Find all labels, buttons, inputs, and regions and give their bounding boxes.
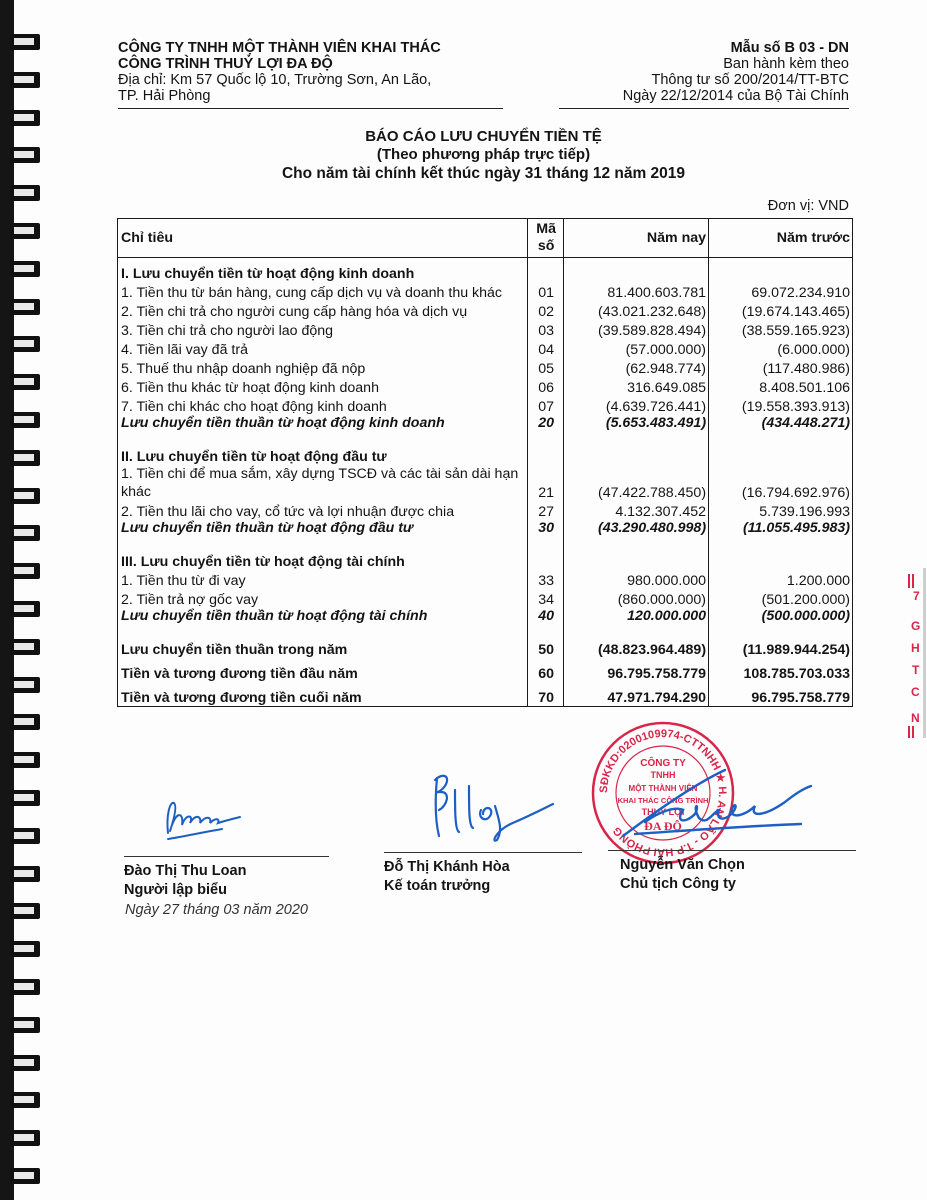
row-current-year: (47.422.788.450) — [564, 465, 709, 501]
chairman-name: Nguyễn Văn Chọn — [620, 856, 745, 875]
row-previous-year: 1.200.000 — [709, 570, 853, 589]
table-row: II. Lưu chuyển tiền từ hoạt động đầu tư — [118, 441, 853, 465]
row-previous-year: (501.200.000) — [709, 589, 853, 608]
row-current-year — [564, 258, 709, 283]
row-current-year: (43.021.232.648) — [564, 301, 709, 320]
row-code: 70 — [528, 682, 564, 707]
table-row: 7. Tiền chi khác cho hoạt động kinh doan… — [118, 396, 853, 415]
spiral-ring — [10, 34, 40, 50]
report-period: Cho năm tài chính kết thúc ngày 31 tháng… — [40, 164, 927, 184]
spiral-ring — [10, 866, 40, 882]
table-row: 6. Tiền thu khác từ hoạt động kinh doanh… — [118, 377, 853, 396]
spiral-ring — [10, 714, 40, 730]
svg-text:T: T — [912, 663, 920, 677]
row-previous-year — [709, 546, 853, 570]
table-row: 1. Tiền thu từ đi vay33980.000.0001.200.… — [118, 570, 853, 589]
svg-text:G: G — [911, 619, 920, 633]
table-row: 2. Tiền thu lãi cho vay, cổ tức và lợi n… — [118, 501, 853, 520]
row-current-year: 4.132.307.452 — [564, 501, 709, 520]
row-previous-year: (500.000.000) — [709, 608, 853, 624]
row-previous-year — [709, 441, 853, 465]
form-ref-underline — [559, 108, 849, 109]
row-label: 1. Tiền thu từ đi vay — [118, 570, 528, 589]
spiral-ring — [10, 525, 40, 541]
spiral-ring — [10, 374, 40, 390]
issued-with: Ban hành kèm theo — [623, 56, 849, 72]
signature-preparer — [160, 795, 260, 845]
col-header-indicator: Chỉ tiêu — [118, 219, 528, 258]
signatory-chief-accountant: Đỗ Thị Khánh Hòa Kế toán trưởng — [384, 858, 510, 896]
row-code: 02 — [528, 301, 564, 320]
row-code: 03 — [528, 320, 564, 339]
row-spacer — [118, 624, 853, 634]
row-current-year: (4.639.726.441) — [564, 396, 709, 415]
company-name-line2: CÔNG TRÌNH THUỶ LỢI ĐA ĐỘ — [118, 56, 441, 72]
row-previous-year: 96.795.758.779 — [709, 682, 853, 707]
signature-line — [124, 856, 329, 857]
spiral-ring — [10, 941, 40, 957]
table-row: 2. Tiền trả nợ gốc vay34(860.000.000)(50… — [118, 589, 853, 608]
row-previous-year: (19.674.143.465) — [709, 301, 853, 320]
svg-text:N: N — [911, 711, 920, 725]
table-row: 5. Thuế thu nhập doanh nghiệp đã nộp05(6… — [118, 358, 853, 377]
spiral-ring — [10, 72, 40, 88]
spiral-ring — [10, 1055, 40, 1071]
row-label: 2. Tiền trả nợ gốc vay — [118, 589, 528, 608]
table-row: Tiền và tương đương tiền đầu năm6096.795… — [118, 658, 853, 682]
chief-accountant-name: Đỗ Thị Khánh Hòa — [384, 858, 510, 877]
row-current-year: (39.589.828.494) — [564, 320, 709, 339]
signature-chief-accountant — [425, 770, 565, 850]
row-previous-year: (434.448.271) — [709, 415, 853, 431]
spiral-ring — [10, 261, 40, 277]
currency-unit: Đơn vị: VND — [768, 198, 849, 214]
col-header-code: Mã số — [528, 219, 564, 258]
row-previous-year: 69.072.234.910 — [709, 282, 853, 301]
row-code: 60 — [528, 658, 564, 682]
spiral-ring — [10, 1168, 40, 1184]
row-code: 30 — [528, 520, 564, 536]
row-current-year: (43.290.480.998) — [564, 520, 709, 536]
spiral-ring — [10, 639, 40, 655]
row-current-year: 120.000.000 — [564, 608, 709, 624]
row-code — [528, 441, 564, 465]
spiral-ring — [10, 185, 40, 201]
report-title-block: BÁO CÁO LƯU CHUYỂN TIỀN TỆ (Theo phương … — [0, 128, 927, 184]
adjacent-page-stamp-fragment: 7GH TCN — [905, 568, 927, 738]
row-code: 21 — [528, 465, 564, 501]
table-row: 1. Tiền thu từ bán hàng, cung cấp dịch v… — [118, 282, 853, 301]
col-header-previous-year: Năm trước — [709, 219, 853, 258]
table-row: Tiền và tương đương tiền cuối năm7047.97… — [118, 682, 853, 707]
spiral-ring — [10, 450, 40, 466]
spiral-ring — [10, 563, 40, 579]
row-current-year: (57.000.000) — [564, 339, 709, 358]
table-row: III. Lưu chuyển tiền từ hoạt động tài ch… — [118, 546, 853, 570]
row-label: Lưu chuyển tiền thuần từ hoạt động tài c… — [118, 608, 528, 624]
row-code: 01 — [528, 282, 564, 301]
row-label: 2. Tiền thu lãi cho vay, cổ tức và lợi n… — [118, 501, 528, 520]
row-previous-year: (6.000.000) — [709, 339, 853, 358]
spiral-ring — [10, 979, 40, 995]
row-label: 2. Tiền chi trả cho người cung cấp hàng … — [118, 301, 528, 320]
spiral-ring — [10, 828, 40, 844]
svg-text:H: H — [911, 641, 920, 655]
preparer-role: Người lập biểu — [124, 881, 246, 900]
signature-chairman — [615, 762, 835, 842]
signature-line — [384, 852, 582, 853]
table-header-row: Chỉ tiêu Mã số Năm nay Năm trước — [118, 219, 853, 258]
table-row: 1. Tiền chi để mua sắm, xây dựng TSCĐ và… — [118, 465, 853, 501]
row-label: 1. Tiền chi để mua sắm, xây dựng TSCĐ và… — [118, 465, 528, 501]
spiral-ring — [10, 299, 40, 315]
row-current-year — [564, 546, 709, 570]
row-label: Lưu chuyển tiền thuần từ hoạt động kinh … — [118, 415, 528, 431]
chairman-role: Chủ tịch Công ty — [620, 875, 745, 894]
table-body: I. Lưu chuyển tiền từ hoạt động kinh doa… — [118, 258, 853, 707]
row-label: 7. Tiền chi khác cho hoạt động kinh doan… — [118, 396, 528, 415]
row-label: 3. Tiền chi trả cho người lao động — [118, 320, 528, 339]
row-code — [528, 546, 564, 570]
code-header-line2: số — [531, 238, 561, 255]
row-code: 05 — [528, 358, 564, 377]
row-current-year: (62.948.774) — [564, 358, 709, 377]
col-header-current-year: Năm nay — [564, 219, 709, 258]
row-current-year: 980.000.000 — [564, 570, 709, 589]
row-label: Tiền và tương đương tiền đầu năm — [118, 658, 528, 682]
row-code: 06 — [528, 377, 564, 396]
spiral-ring — [10, 601, 40, 617]
row-label: I. Lưu chuyển tiền từ hoạt động kinh doa… — [118, 258, 528, 283]
row-label: 6. Tiền thu khác từ hoạt động kinh doanh — [118, 377, 528, 396]
row-current-year — [564, 441, 709, 465]
company-address-line2: TP. Hải Phòng — [118, 88, 441, 104]
row-label: 4. Tiền lãi vay đã trả — [118, 339, 528, 358]
table-row: 4. Tiền lãi vay đã trả04(57.000.000)(6.0… — [118, 339, 853, 358]
row-current-year: 96.795.758.779 — [564, 658, 709, 682]
report-method: (Theo phương pháp trực tiếp) — [40, 146, 927, 164]
spiral-ring — [10, 903, 40, 919]
spiral-ring — [10, 412, 40, 428]
row-current-year: (860.000.000) — [564, 589, 709, 608]
preparer-name: Đào Thị Thu Loan — [124, 862, 246, 881]
row-current-year: 47.971.794.290 — [564, 682, 709, 707]
spiral-ring — [10, 752, 40, 768]
header-underline — [118, 108, 503, 109]
row-code: 40 — [528, 608, 564, 624]
row-previous-year: 5.739.196.993 — [709, 501, 853, 520]
table-row: 3. Tiền chi trả cho người lao động03(39.… — [118, 320, 853, 339]
row-code: 34 — [528, 589, 564, 608]
svg-text:C: C — [911, 685, 920, 699]
row-previous-year: (11.989.944.254) — [709, 634, 853, 658]
spiral-ring — [10, 1092, 40, 1108]
row-label: III. Lưu chuyển tiền từ hoạt động tài ch… — [118, 546, 528, 570]
row-previous-year: (16.794.692.976) — [709, 465, 853, 501]
table-row: Lưu chuyển tiền thuần từ hoạt động đầu t… — [118, 520, 853, 536]
row-previous-year: (38.559.165.923) — [709, 320, 853, 339]
spiral-ring — [10, 1017, 40, 1033]
cash-flow-table: Chỉ tiêu Mã số Năm nay Năm trước I. Lưu … — [117, 218, 853, 707]
spiral-ring — [10, 677, 40, 693]
signatory-chairman: Nguyễn Văn Chọn Chủ tịch Công ty — [620, 856, 745, 894]
row-spacer — [118, 536, 853, 546]
spiral-ring — [10, 1130, 40, 1146]
row-label: 1. Tiền thu từ bán hàng, cung cấp dịch v… — [118, 282, 528, 301]
table-row: I. Lưu chuyển tiền từ hoạt động kinh doa… — [118, 258, 853, 283]
spiral-ring — [10, 110, 40, 126]
row-current-year: (5.653.483.491) — [564, 415, 709, 431]
table-row: Lưu chuyển tiền thuần từ hoạt động kinh … — [118, 415, 853, 431]
row-spacer — [118, 431, 853, 441]
row-label: Lưu chuyển tiền thuần trong năm — [118, 634, 528, 658]
row-code: 07 — [528, 396, 564, 415]
row-previous-year — [709, 258, 853, 283]
table-row: 2. Tiền chi trả cho người cung cấp hàng … — [118, 301, 853, 320]
row-label: Lưu chuyển tiền thuần từ hoạt động đầu t… — [118, 520, 528, 536]
svg-text:7: 7 — [913, 589, 920, 603]
row-previous-year: 108.785.703.033 — [709, 658, 853, 682]
circular-date: Ngày 22/12/2014 của Bộ Tài Chính — [623, 88, 849, 104]
row-current-year: 316.649.085 — [564, 377, 709, 396]
row-code: 50 — [528, 634, 564, 658]
row-code — [528, 258, 564, 283]
spiral-ring — [10, 488, 40, 504]
report-title: BÁO CÁO LƯU CHUYỂN TIỀN TỆ — [40, 128, 927, 146]
row-current-year: (48.823.964.489) — [564, 634, 709, 658]
row-previous-year: (117.480.986) — [709, 358, 853, 377]
signing-date: Ngày 27 tháng 03 năm 2020 — [125, 902, 308, 918]
signatory-preparer: Đào Thị Thu Loan Người lập biểu — [124, 862, 246, 900]
spiral-ring — [10, 790, 40, 806]
company-address-line1: Địa chỉ: Km 57 Quốc lộ 10, Trường Sơn, A… — [118, 72, 441, 88]
row-previous-year: (11.055.495.983) — [709, 520, 853, 536]
row-code: 04 — [528, 339, 564, 358]
spiral-ring — [10, 223, 40, 239]
table-row: Lưu chuyển tiền thuần từ hoạt động tài c… — [118, 608, 853, 624]
table-row: Lưu chuyển tiền thuần trong năm50(48.823… — [118, 634, 853, 658]
row-code: 27 — [528, 501, 564, 520]
row-previous-year: 8.408.501.106 — [709, 377, 853, 396]
row-current-year: 81.400.603.781 — [564, 282, 709, 301]
row-label: Tiền và tương đương tiền cuối năm — [118, 682, 528, 707]
chief-accountant-role: Kế toán trưởng — [384, 877, 510, 896]
row-previous-year: (19.558.393.913) — [709, 396, 853, 415]
form-number: Mẫu số B 03 - DN — [623, 40, 849, 56]
circular-number: Thông tư số 200/2014/TT-BTC — [623, 72, 849, 88]
company-name-line1: CÔNG TY TNHH MỘT THÀNH VIÊN KHAI THÁC — [118, 40, 441, 56]
form-reference: Mẫu số B 03 - DN Ban hành kèm theo Thông… — [623, 40, 849, 104]
row-code: 33 — [528, 570, 564, 589]
signature-line — [608, 850, 856, 851]
row-label: II. Lưu chuyển tiền từ hoạt động đầu tư — [118, 441, 528, 465]
row-label: 5. Thuế thu nhập doanh nghiệp đã nộp — [118, 358, 528, 377]
row-code: 20 — [528, 415, 564, 431]
spiral-ring — [10, 336, 40, 352]
company-header: CÔNG TY TNHH MỘT THÀNH VIÊN KHAI THÁC CÔ… — [118, 40, 441, 104]
code-header-line1: Mã — [531, 221, 561, 238]
